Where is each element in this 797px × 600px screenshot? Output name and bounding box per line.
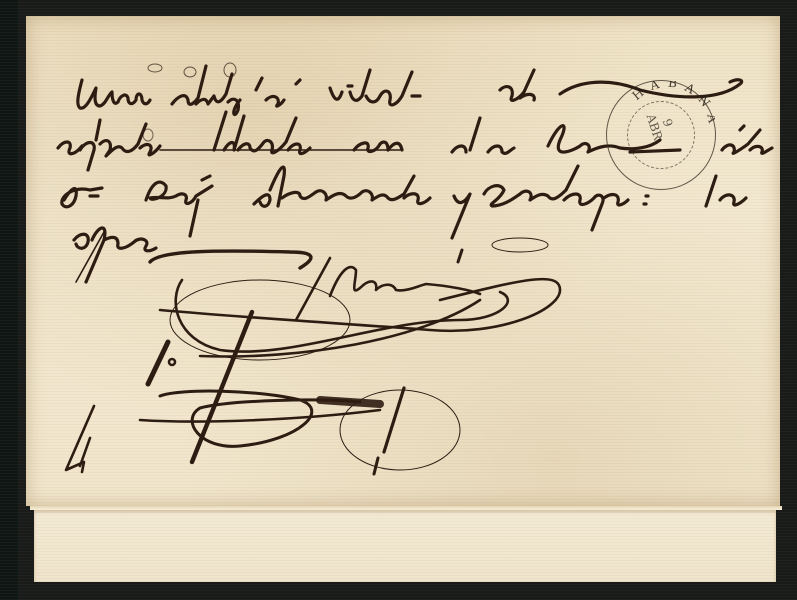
stain	[492, 238, 548, 252]
habana-postmark: H A B A N A 9 ABR	[606, 80, 716, 190]
stain	[170, 280, 350, 360]
